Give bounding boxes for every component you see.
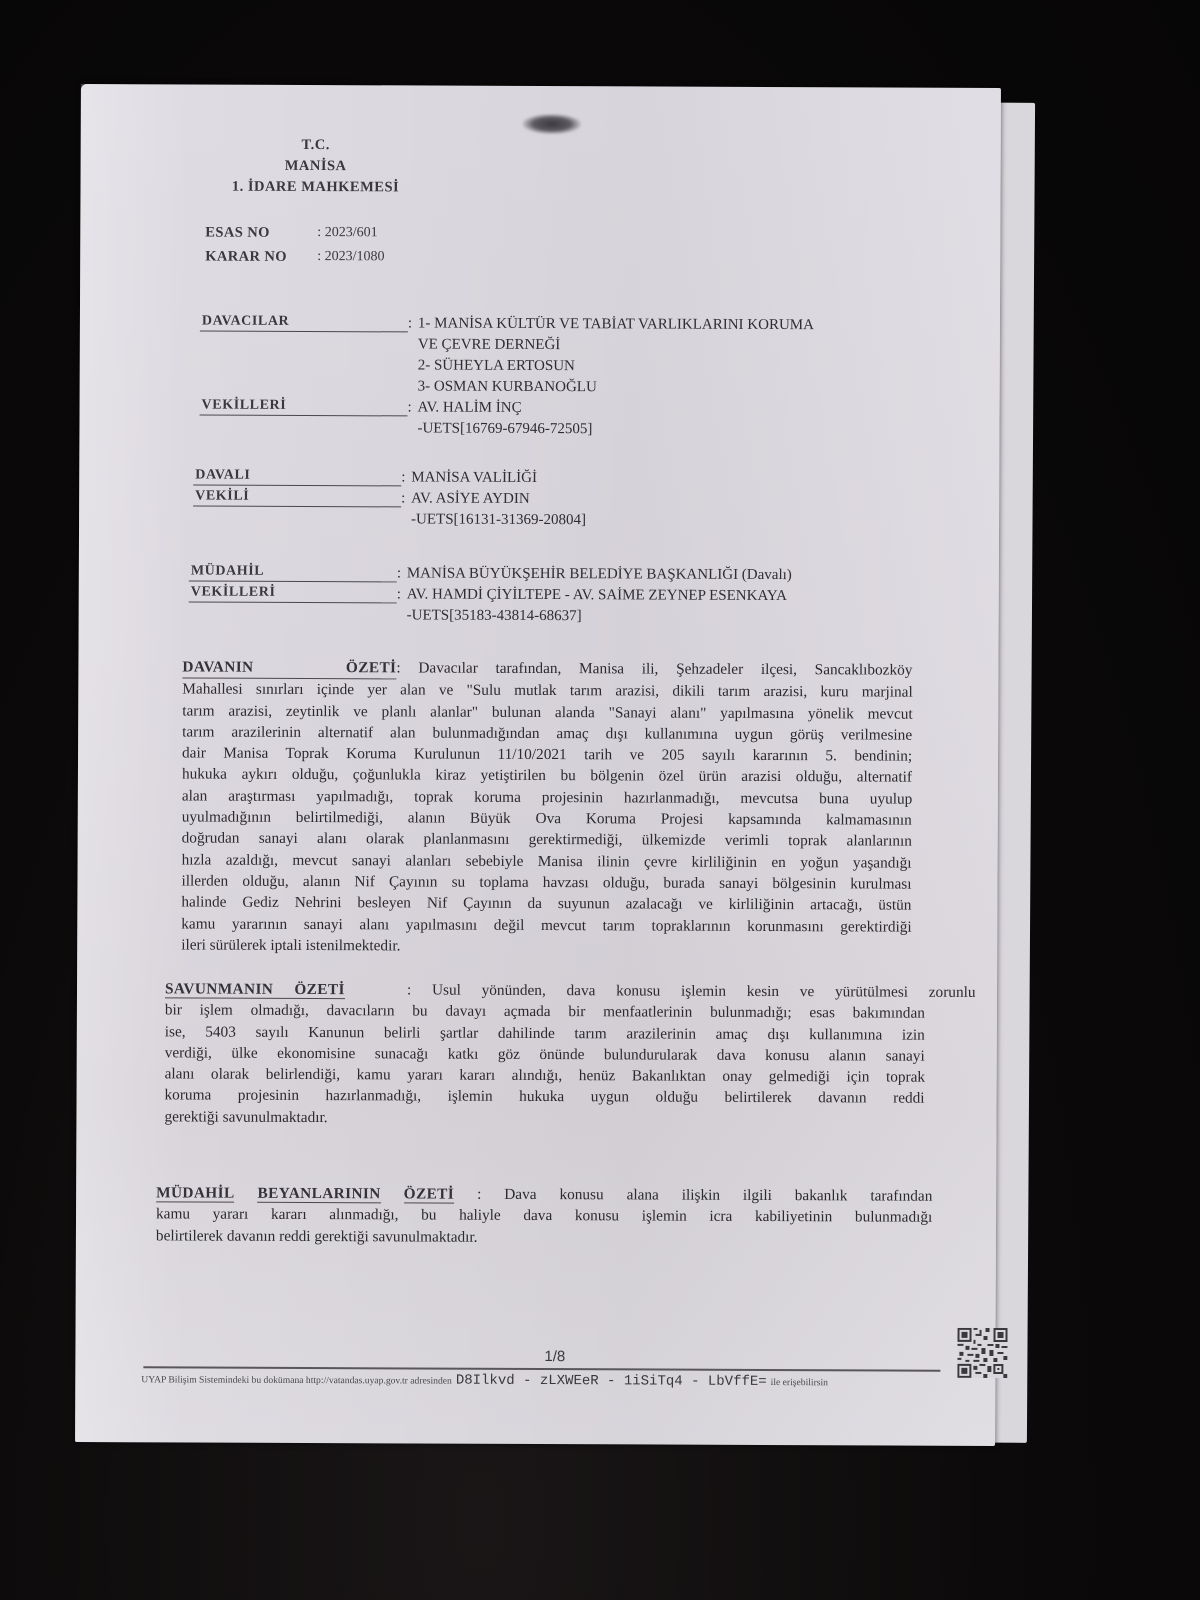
case-summary-section: DAVANIN ÖZETİ: Davacılar tarafından, Man… (181, 656, 912, 958)
footer-uyap-note: UYAP Bilişim Sistemindeki bu dokümana ht… (141, 1371, 951, 1391)
intervener-heading-part: MÜDAHİL (156, 1184, 235, 1202)
intervener-block: MÜDAHİL : MANİSA BÜYÜKŞEHİR BELEDİYE BAŞ… (189, 562, 929, 628)
karar-no-value: : 2023/1080 (317, 245, 384, 269)
case-summary-heading: DAVANIN ÖZETİ (182, 656, 396, 679)
intervener-statements-first-line: : Dava konusu alana ilişkin ilgili bakan… (477, 1186, 932, 1205)
defendant-attorney-label: VEKİLİ (193, 487, 401, 507)
defendant-attorney: AV. ASİYE AYDIN (411, 488, 913, 511)
defense-summary-section: SAVUNMANIN ÖZETİ : Usul yönünden, dava k… (164, 978, 925, 1130)
karar-no-row: KARAR NO : 2023/1080 (205, 245, 384, 270)
paragraph-line: doğrudan sanayi alanı olarak planlanması… (182, 828, 912, 852)
header-line-court: 1. İDARE MAHKEMESİ (200, 177, 430, 199)
page-number: 1/8 (544, 1348, 565, 1365)
plaintiffs-block: DAVACILAR : 1- MANİSA KÜLTÜR VE TABİAT V… (199, 313, 920, 442)
paragraph-line: gerektiği savunulmaktadır. (164, 1106, 924, 1131)
intervener-statements-section: MÜDAHİL BEYANLARININ ÖZETİ : Dava konusu… (156, 1182, 932, 1249)
footer-access-code: D8Ilkvd - zLXWEeR - 1iSiTq4 - LbVffE= (456, 1373, 767, 1390)
court-header: T.C. MANİSA 1. İDARE MAHKEMESİ (200, 135, 430, 199)
intervener-attorneys-label: VEKİLLERİ (189, 583, 397, 603)
paragraph-line: tarım arazisi, zeytinlik ve planlı alanl… (182, 700, 912, 724)
intervener-heading-part: ÖZETİ (404, 1185, 455, 1203)
case-numbers: ESAS NO : 2023/601 KARAR NO : 2023/1080 (205, 221, 384, 270)
paragraph-line: koruma projesinin hazırlanmadığı, işlemi… (165, 1085, 925, 1110)
esas-no-label: ESAS NO (205, 221, 317, 245)
paragraph-line: Mahallesi sınırları içinde yer alan ve "… (182, 679, 912, 703)
karar-no-label: KARAR NO (205, 245, 317, 269)
paragraph-line: hukuka aykırı olduğu, çoğunlukla kiraz y… (182, 764, 912, 788)
intervener-attorneys: AV. HAMDİ ÇİYİLTEPE - AV. SAİME ZEYNEP E… (407, 584, 929, 607)
defense-summary-heading: SAVUNMANIN ÖZETİ (165, 980, 345, 999)
case-summary-first-line: : Davacılar tarafından, Manisa ili, Şehz… (396, 659, 912, 678)
plaintiffs-label: DAVACILAR (200, 313, 408, 333)
intervener-name: MANİSA BÜYÜKŞEHİR BELEDİYE BAŞKANLIĞI (D… (407, 563, 929, 586)
defendant-name: MANİSA VALİLİĞİ (411, 467, 913, 490)
plaintiff-line: 1- MANİSA KÜLTÜR VE TABİAT VARLIKLARINI … (418, 313, 920, 336)
header-line-tc: T.C. (201, 135, 431, 157)
esas-no-row: ESAS NO : 2023/601 (205, 221, 384, 246)
court-decision-page: T.C. MANİSA 1. İDARE MAHKEMESİ ESAS NO :… (75, 84, 1001, 1446)
plaintiffs-attorney-uets: -UETS[16769-67946-72505] (199, 418, 919, 442)
paragraph-line: bir işlem olmadığı, davacıların bu davay… (165, 1000, 925, 1025)
defendant-block: DAVALI : MANİSA VALİLİĞİ VEKİLİ : AV. AS… (193, 466, 913, 532)
intervener-label: MÜDAHİL (189, 562, 397, 582)
plaintiffs-attorneys-label: VEKİLLERİ (200, 397, 408, 417)
intervener-attorneys-uets: -UETS[35183-43814-68637] (189, 604, 929, 628)
footer-text-after: ile erişebilirsin (771, 1377, 828, 1388)
paragraph-line: kamu yararı kararı alınmadığı, bu haliyl… (156, 1204, 932, 1229)
footer-text-before: UYAP Bilişim Sistemindeki bu dokümana ht… (141, 1374, 452, 1386)
paragraph-line: halinde Gediz Nehrini besleyen Nif Çayın… (181, 892, 911, 916)
defendant-label: DAVALI (193, 466, 401, 486)
header-line-city: MANİSA (201, 156, 431, 178)
defendant-attorney-uets: -UETS[16131-31369-20804] (193, 508, 913, 532)
ink-smudge (523, 114, 581, 134)
paragraph-line: kamu yararının sanayi alanı yapılmasını … (181, 913, 911, 937)
paragraph-line: belirtilerek davanın reddi gerektiği sav… (156, 1225, 932, 1250)
plaintiffs-attorney: AV. HALİM İNÇ (418, 397, 920, 420)
paragraph-line: ileri sürülerek iptali istenilmektedir. (181, 934, 911, 958)
qr-code-icon (957, 1328, 1007, 1378)
intervener-heading-part: BEYANLARININ (257, 1185, 380, 1204)
esas-no-value: : 2023/601 (317, 221, 377, 245)
defense-summary-first-line: : Usul yönünden, dava konusu işlemin kes… (407, 981, 976, 1000)
